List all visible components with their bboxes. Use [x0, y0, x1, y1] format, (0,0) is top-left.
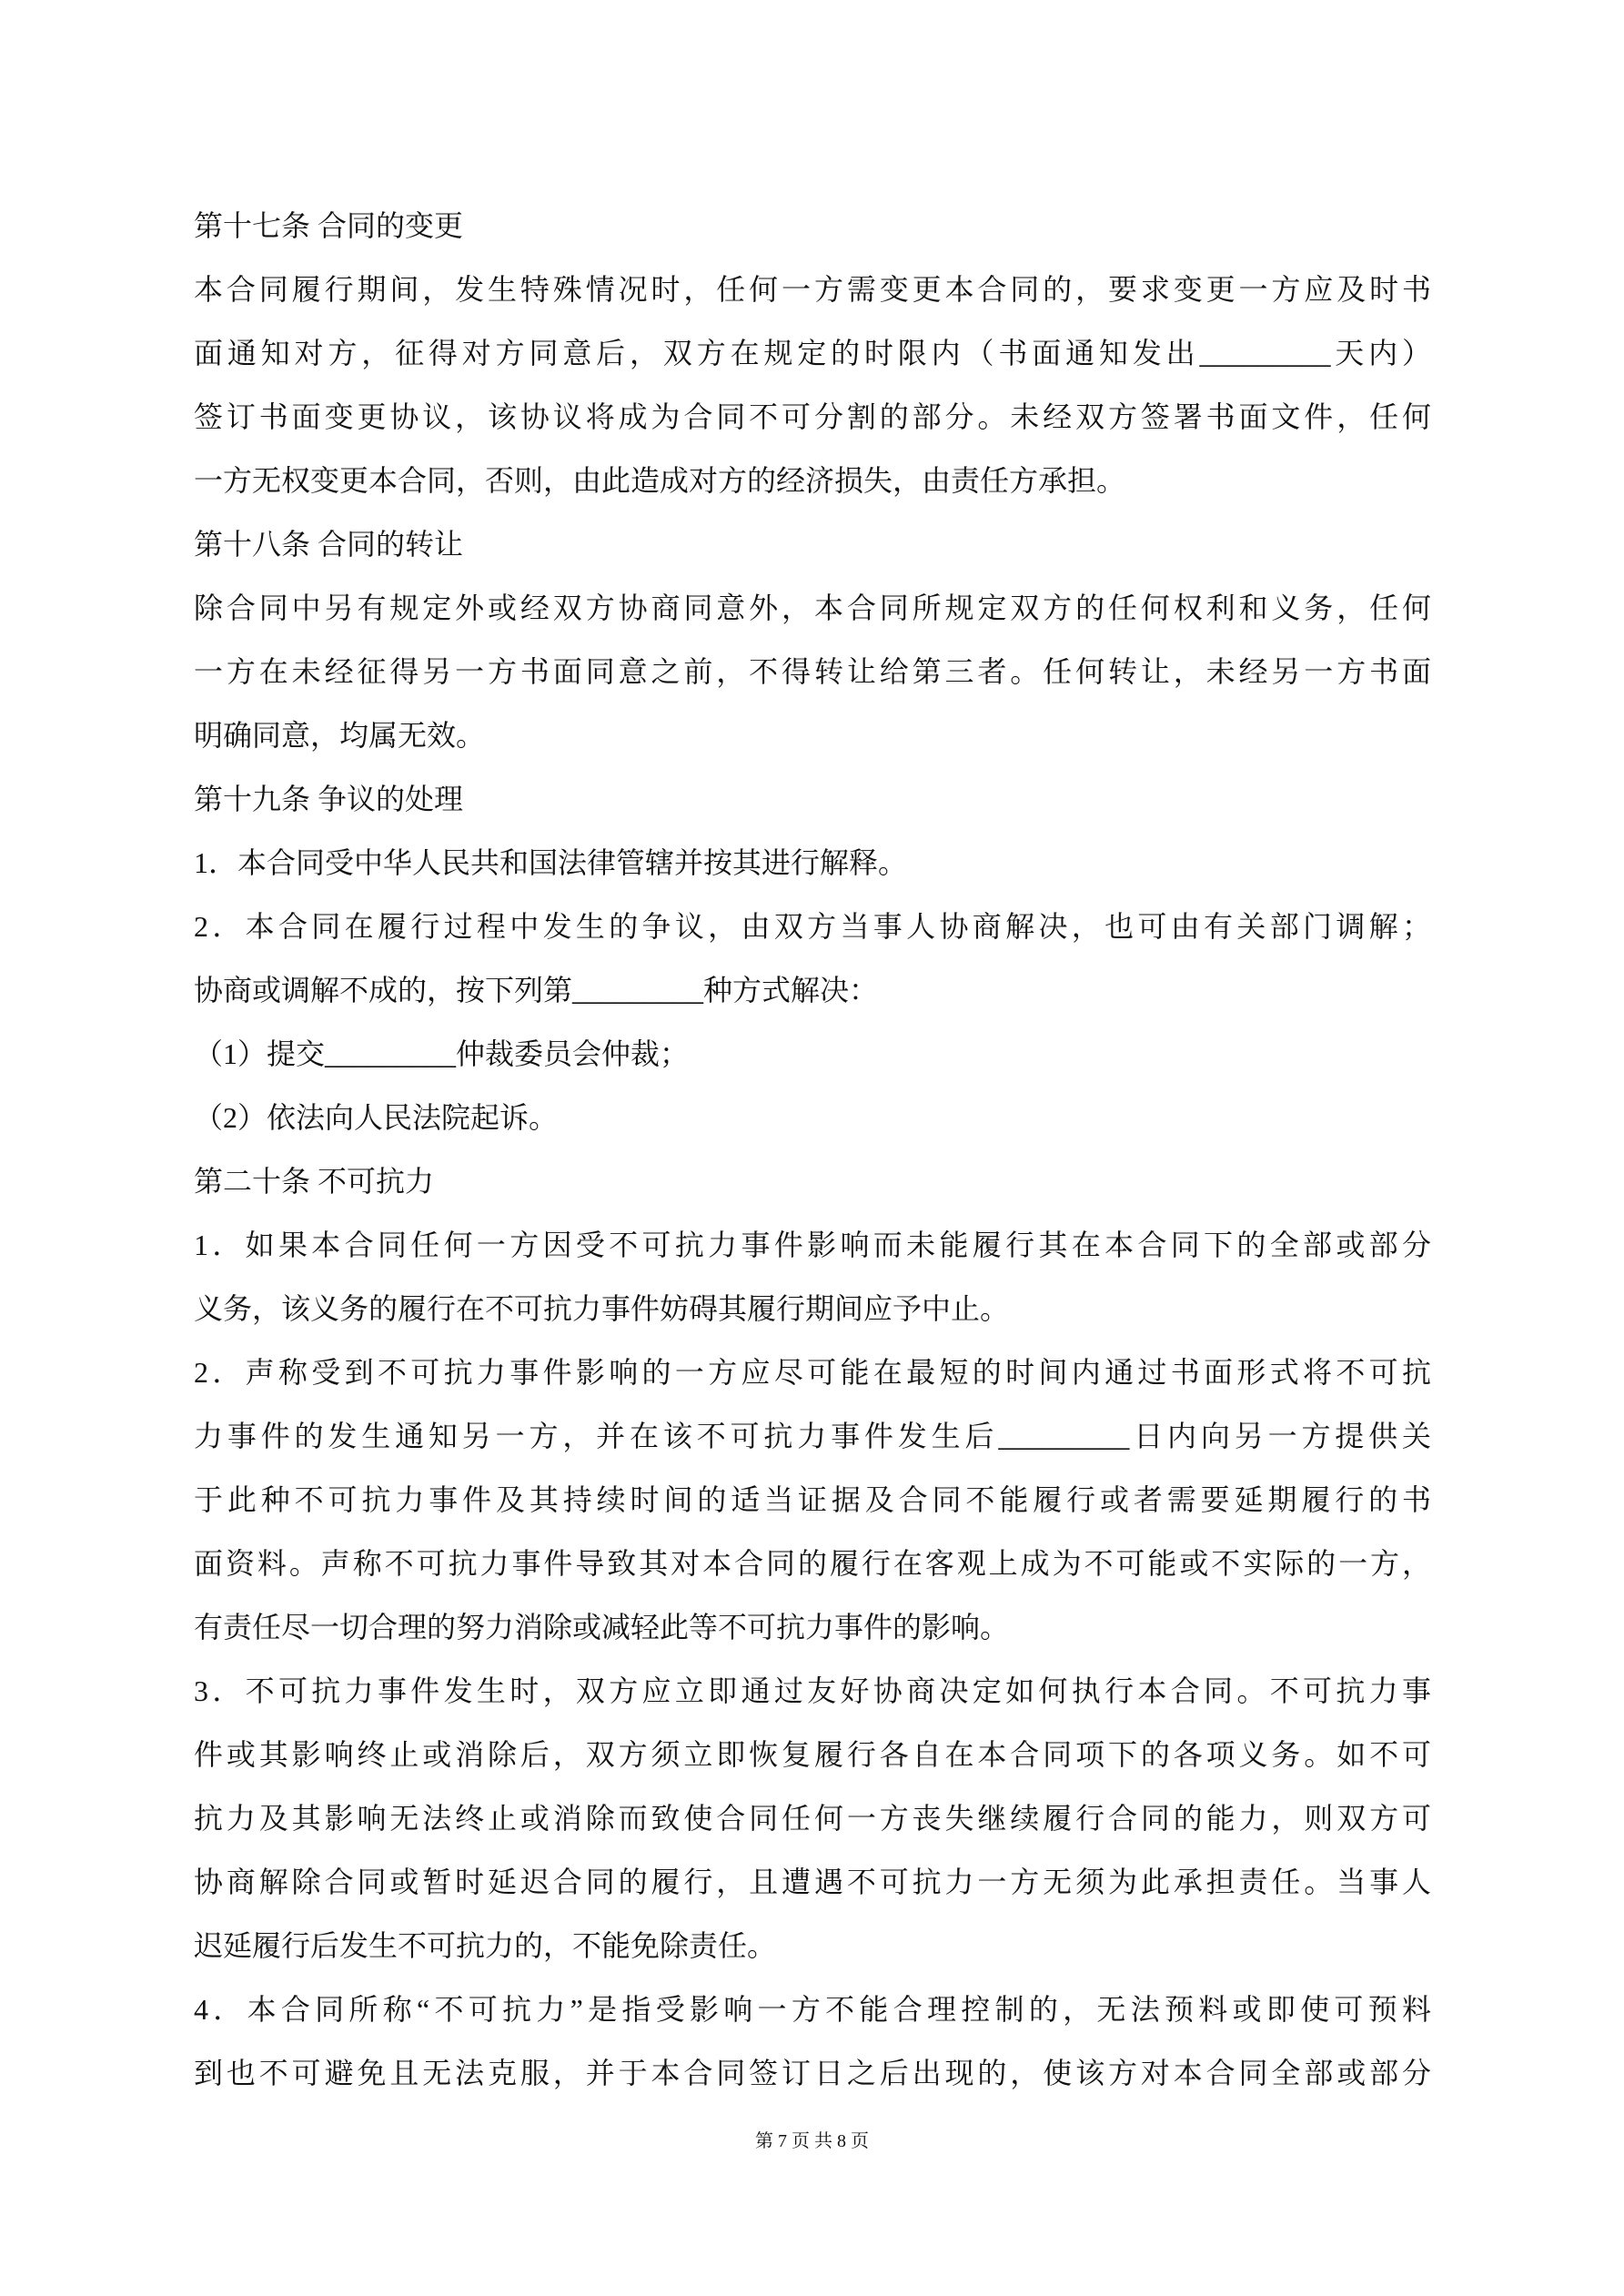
paragraph-line: 一方在未经征得另一方书面同意之前，不得转让给第三者。任何转让，未经另一方书面 [194, 640, 1431, 703]
page-footer: 第 7 页 共 8 页 [0, 2128, 1624, 2155]
paragraph-line: （2）依法向人民法院起诉。 [194, 1086, 1431, 1149]
paragraph-line: 义务，该义务的履行在不可抗力事件妨碍其履行期间应予中止。 [194, 1277, 1431, 1340]
paragraph-line: 于此种不可抗力事件及其持续时间的适当证据及合同不能履行或者需要延期履行的书 [194, 1468, 1431, 1532]
article-heading: 第十七条 合同的变更 [194, 194, 1431, 258]
article-heading: 第十九条 争议的处理 [194, 767, 1431, 831]
page-number-indicator: 第 7 页 共 8 页 [755, 2131, 869, 2151]
paragraph-line: 抗力及其影响无法终止或消除而致使合同任何一方丧失继续履行合同的能力，则双方可 [194, 1786, 1431, 1850]
paragraph-line: 协商解除合同或暂时延迟合同的履行，且遭遇不可抗力一方无须为此承担责任。当事人 [194, 1850, 1431, 1914]
paragraph-line: 面资料。声称不可抗力事件导致其对本合同的履行在客观上成为不可能或不实际的一方， [194, 1532, 1431, 1595]
article-heading: 第二十条 不可抗力 [194, 1149, 1431, 1213]
paragraph-line: 4．本合同所称“不可抗力”是指受影响一方不能合理控制的，无法预料或即使可预料 [194, 1977, 1431, 2041]
paragraph-line: 3．不可抗力事件发生时，双方应立即通过友好协商决定如何执行本合同。不可抗力事 [194, 1659, 1431, 1723]
paragraph-line: 有责任尽一切合理的努力消除或减轻此等不可抗力事件的影响。 [194, 1595, 1431, 1659]
paragraph-line: 协商或调解不成的，按下列第_________种方式解决： [194, 958, 1431, 1022]
paragraph-line: （1）提交_________仲裁委员会仲裁； [194, 1022, 1431, 1086]
paragraph-line: 明确同意，均属无效。 [194, 703, 1431, 767]
document-page: 第十七条 合同的变更本合同履行期间，发生特殊情况时，任何一方需变更本合同的，要求… [0, 0, 1624, 2296]
document-content: 第十七条 合同的变更本合同履行期间，发生特殊情况时，任何一方需变更本合同的，要求… [194, 194, 1431, 2105]
paragraph-line: 到也不可避免且无法克服，并于本合同签订日之后出现的，使该方对本合同全部或部分 [194, 2041, 1431, 2105]
paragraph-line: 迟延履行后发生不可抗力的，不能免除责任。 [194, 1914, 1431, 1977]
paragraph-line: 签订书面变更协议，该协议将成为合同不可分割的部分。未经双方签署书面文件，任何 [194, 385, 1431, 449]
paragraph-line: 一方无权变更本合同，否则，由此造成对方的经济损失，由责任方承担。 [194, 449, 1431, 512]
paragraph-line: 除合同中另有规定外或经双方协商同意外，本合同所规定双方的任何权利和义务，任何 [194, 576, 1431, 640]
paragraph-line: 面通知对方，征得对方同意后，双方在规定的时限内（书面通知发出_________天… [194, 321, 1431, 385]
paragraph-line: 本合同履行期间，发生特殊情况时，任何一方需变更本合同的，要求变更一方应及时书 [194, 258, 1431, 321]
document-page-background: { "meta": { "background_color": "#ffffff… [0, 0, 1624, 2296]
paragraph-line: 件或其影响终止或消除后，双方须立即恢复履行各自在本合同项下的各项义务。如不可 [194, 1723, 1431, 1786]
paragraph-line: 力事件的发生通知另一方，并在该不可抗力事件发生后_________日内向另一方提… [194, 1404, 1431, 1468]
paragraph-line: 1．如果本合同任何一方因受不可抗力事件影响而未能履行其在本合同下的全部或部分 [194, 1213, 1431, 1277]
article-heading: 第十八条 合同的转让 [194, 512, 1431, 576]
paragraph-line: 2．声称受到不可抗力事件影响的一方应尽可能在最短的时间内通过书面形式将不可抗 [194, 1340, 1431, 1404]
paragraph-line: 2．本合同在履行过程中发生的争议，由双方当事人协商解决，也可由有关部门调解； [194, 895, 1431, 958]
paragraph-line: 1．本合同受中华人民共和国法律管辖并按其进行解释。 [194, 831, 1431, 895]
